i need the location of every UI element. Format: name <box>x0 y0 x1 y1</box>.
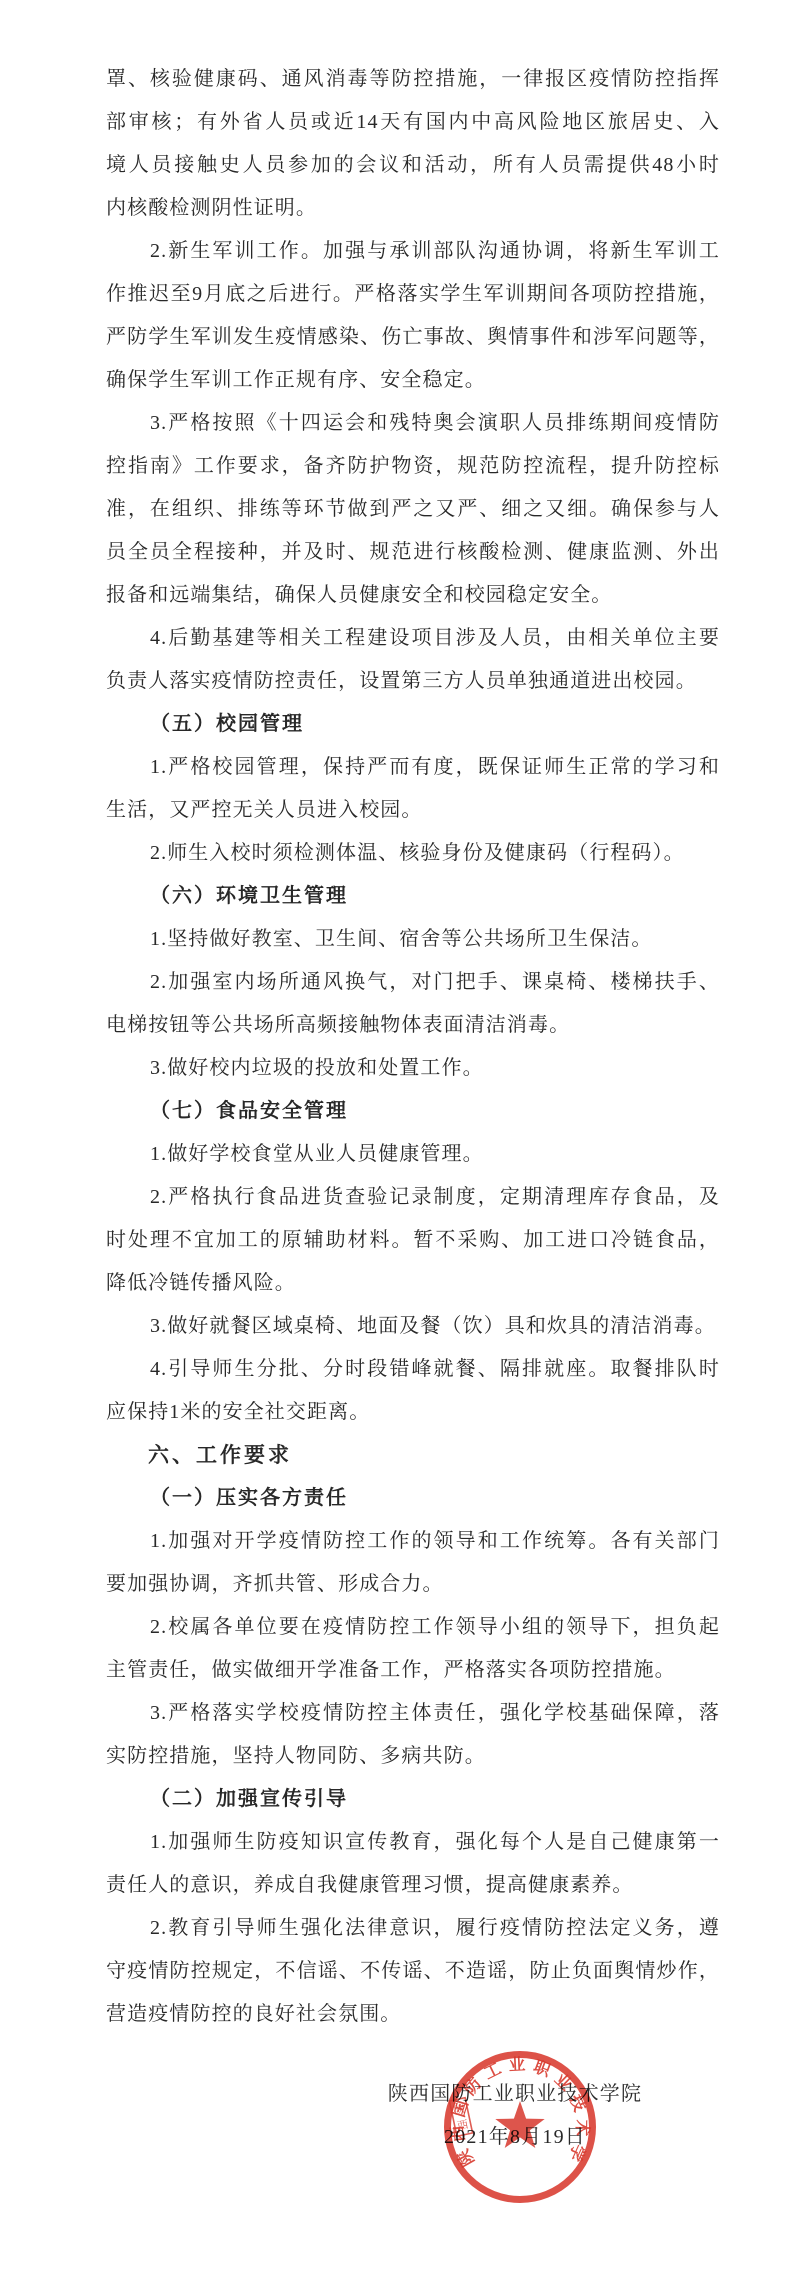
body-line: 2.加强室内场所通风换气，对门把手、课桌椅、楼梯扶手、 <box>106 961 720 1004</box>
body-line: 部审核；有外省人员或近14天有国内中高风险地区旅居史、入 <box>106 101 720 144</box>
body-line: 营造疫情防控的良好社会氛围。 <box>106 1993 720 2036</box>
body-line: 电梯按钮等公共场所高频接触物体表面清洁消毒。 <box>106 1004 720 1047</box>
body-line: 时处理不宜加工的原辅助材料。暂不采购、加工进口冷链食品， <box>106 1219 720 1262</box>
body-line: 4.引导师生分批、分时段错峰就餐、隔排就座。取餐排队时 <box>106 1348 720 1391</box>
body-line: 1.加强师生防疫知识宣传教育，强化每个人是自己健康第一 <box>106 1821 720 1864</box>
body-line: 控指南》工作要求，备齐防护物资，规范防控流程，提升防控标 <box>106 445 720 488</box>
body-line: 实防控措施，坚持人物同防、多病共防。 <box>106 1735 720 1778</box>
body-line: 准，在组织、排练等环节做到严之又严、细之又细。确保参与人 <box>106 488 720 531</box>
subsection-heading: （七）食品安全管理 <box>106 1090 720 1133</box>
body-line: 2.教育引导师生强化法律意识，履行疫情防控法定义务，遵 <box>106 1907 720 1950</box>
signature-date: 2021年8月19日 <box>315 2116 715 2159</box>
body-line: 员全员全程接种，并及时、规范进行核酸检测、健康监测、外出 <box>106 531 720 574</box>
body-line: 1.坚持做好教室、卫生间、宿舍等公共场所卫生保洁。 <box>106 918 720 961</box>
body-line: 负责人落实疫情防控责任，设置第三方人员单独通道进出校园。 <box>106 660 720 703</box>
signature-block: 陕西国防工业职业技术学院 2021年8月19日 <box>315 2073 715 2159</box>
section-heading: 六、工作要求 <box>106 1434 720 1477</box>
body-line: 要加强协调，齐抓共管、形成合力。 <box>106 1563 720 1606</box>
body-line: 作推迟至9月底之后进行。严格落实学生军训期间各项防控措施， <box>106 273 720 316</box>
body-line: 内核酸检测阴性证明。 <box>106 187 720 230</box>
body-line: 罩、核验健康码、通风消毒等防控措施，一律报区疫情防控指挥 <box>106 58 720 101</box>
subsection-heading: （六）环境卫生管理 <box>106 875 720 918</box>
body-line: 4.后勤基建等相关工程建设项目涉及人员，由相关单位主要 <box>106 617 720 660</box>
body-line: 1.严格校园管理，保持严而有度，既保证师生正常的学习和 <box>106 746 720 789</box>
body-line: 3.严格按照《十四运会和残特奥会演职人员排练期间疫情防 <box>106 402 720 445</box>
signature-org: 陕西国防工业职业技术学院 <box>315 2073 715 2116</box>
body-line: 境人员接触史人员参加的会议和活动，所有人员需提供48小时 <box>106 144 720 187</box>
body-line: 2.新生军训工作。加强与承训部队沟通协调，将新生军训工 <box>106 230 720 273</box>
body-line: 严防学生军训发生疫情感染、伤亡事故、舆情事件和涉军问题等， <box>106 316 720 359</box>
body-line: 2.严格执行食品进货查验记录制度，定期清理库存食品，及 <box>106 1176 720 1219</box>
body-line: 责任人的意识，养成自我健康管理习惯，提高健康素养。 <box>106 1864 720 1907</box>
document-page: 罩、核验健康码、通风消毒等防控措施，一律报区疫情防控指挥部审核；有外省人员或近1… <box>0 0 793 2276</box>
subsection-heading: （一）压实各方责任 <box>106 1477 720 1520</box>
body-line: 报备和远端集结，确保人员健康安全和校园稳定安全。 <box>106 574 720 617</box>
body-line: 2.校属各单位要在疫情防控工作领导小组的领导下，担负起 <box>106 1606 720 1649</box>
body-line: 1.做好学校食堂从业人员健康管理。 <box>106 1133 720 1176</box>
body-line: 主管责任，做实做细开学准备工作，严格落实各项防控措施。 <box>106 1649 720 1692</box>
body-line: 应保持1米的安全社交距离。 <box>106 1391 720 1434</box>
subsection-heading: （五）校园管理 <box>106 703 720 746</box>
body-line: 2.师生入校时须检测体温、核验身份及健康码（行程码）。 <box>106 832 720 875</box>
body-line: 1.加强对开学疫情防控工作的领导和工作统筹。各有关部门 <box>106 1520 720 1563</box>
body-line: 生活，又严控无关人员进入校园。 <box>106 789 720 832</box>
body-line: 3.严格落实学校疫情防控主体责任，强化学校基础保障，落 <box>106 1692 720 1735</box>
body-line: 确保学生军训工作正规有序、安全稳定。 <box>106 359 720 402</box>
subsection-heading: （二）加强宣传引导 <box>106 1778 720 1821</box>
body-line: 守疫情防控规定，不信谣、不传谣、不造谣，防止负面舆情炒作， <box>106 1950 720 1993</box>
document-body: 罩、核验健康码、通风消毒等防控措施，一律报区疫情防控指挥部审核；有外省人员或近1… <box>106 58 720 2036</box>
body-line: 3.做好校内垃圾的投放和处置工作。 <box>106 1047 720 1090</box>
body-line: 降低冷链传播风险。 <box>106 1262 720 1305</box>
body-line: 3.做好就餐区域桌椅、地面及餐（饮）具和炊具的清洁消毒。 <box>106 1305 720 1348</box>
